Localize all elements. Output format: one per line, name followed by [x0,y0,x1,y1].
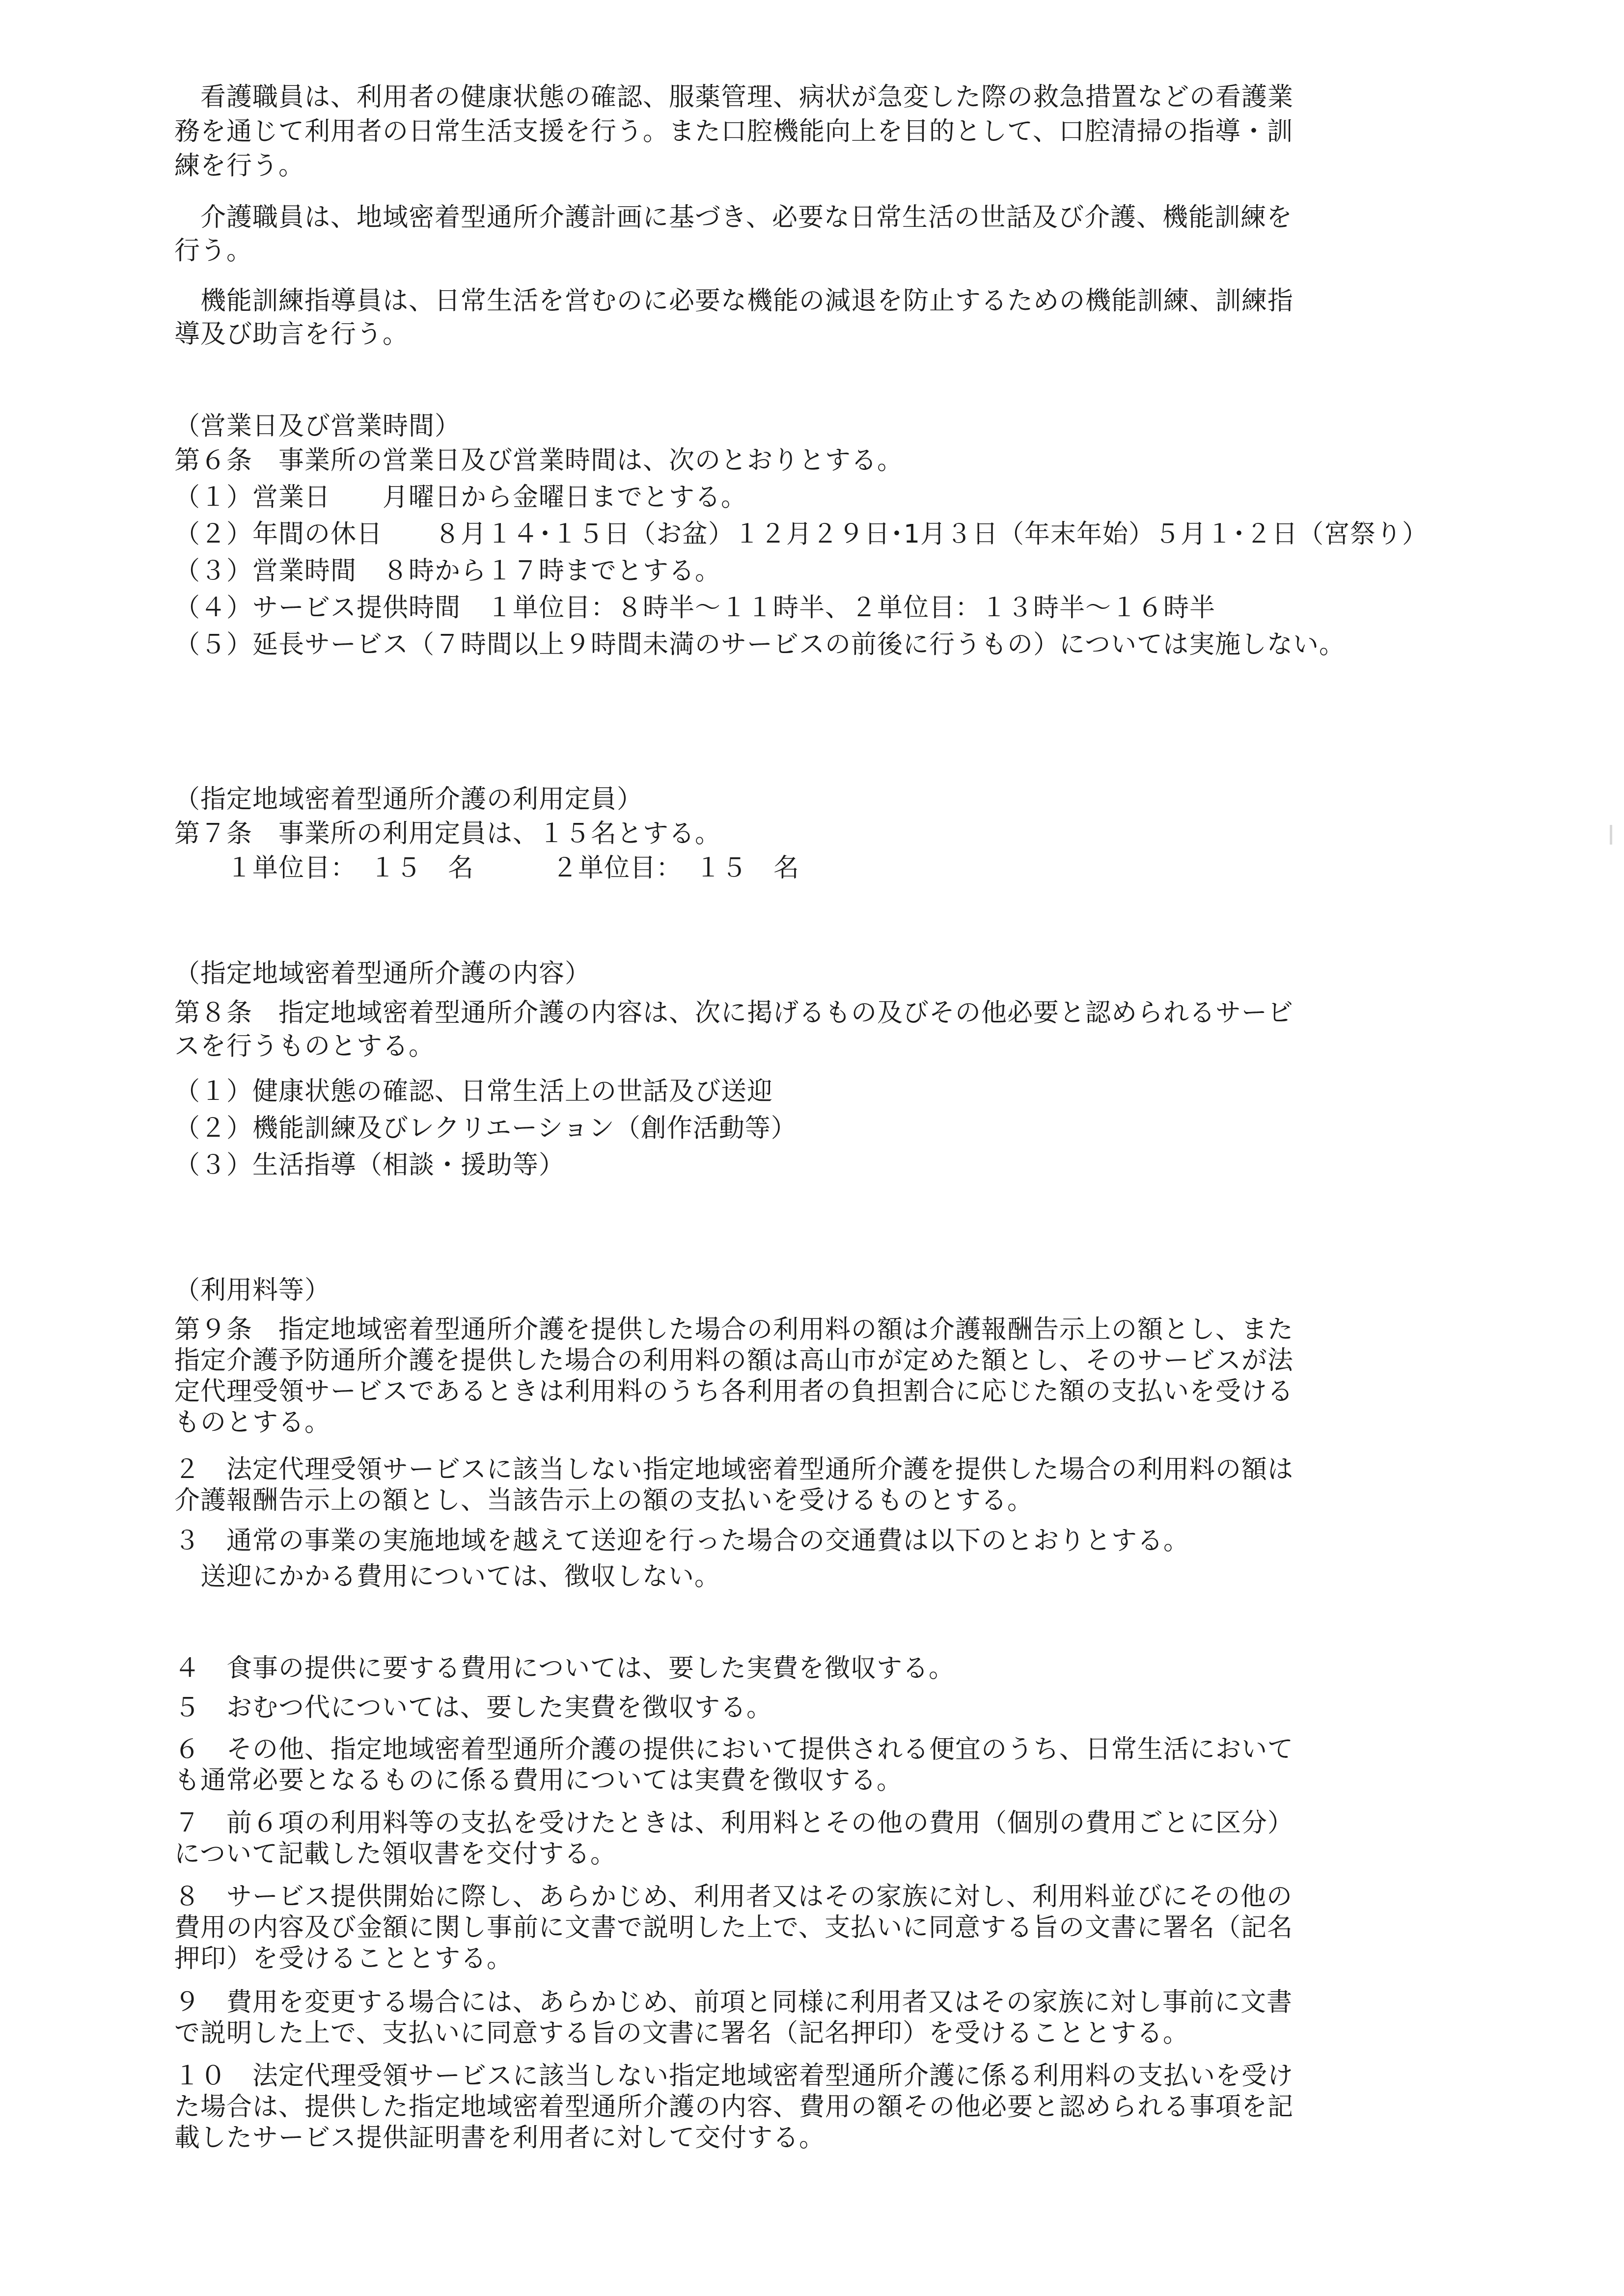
clause-8: ８ サービス提供開始に際し、あらかじめ、利用者又はその家族に対し、利用料並びにそ… [174,1881,1293,1913]
clause-10: た場合は、提供した指定地域密着型通所介護の内容、費用の額その他必要と認められる事… [174,2091,1294,2123]
article-heading: （利用料等） [174,1274,330,1307]
text-line: 看護職員は、利用者の健康状態の確認、服薬管理、病状が急変した際の救急措置などの看… [174,81,1294,113]
text-line: 機能訓練指導員は、日常生活を営むのに必要な機能の減退を防止するための機能訓練、訓… [174,285,1294,317]
list-item: （３）営業時間 ８時から１７時までとする。 [174,555,721,587]
text-line: 行う。 [174,235,252,267]
article-title: 第９条 指定地域密着型通所介護を提供した場合の利用料の額は介護報酬告示上の額とし… [174,1313,1294,1346]
clause-4: ４ 食事の提供に要する費用については、要した実費を徴収する。 [174,1652,955,1685]
clause-6: ６ その他、指定地域密着型通所介護の提供において提供される便宜のうち、日常生活に… [174,1733,1294,1766]
list-item: （２）年間の休日 ８月１４･１５日（お盆）１２月２９日･1月３日（年末年始）５月… [174,518,1428,550]
article-heading: （指定地域密着型通所介護の利用定員） [174,783,643,816]
scan-edge-mark [1610,825,1612,845]
article-title: 第７条 事業所の利用定員は、１５名とする。 [174,818,721,850]
article-heading: （指定地域密着型通所介護の内容） [174,957,591,990]
clause-7: について記載した領収書を交付する。 [174,1838,616,1870]
document-page: 看護職員は、利用者の健康状態の確認、服薬管理、病状が急変した際の救急措置などの看… [0,0,1624,2296]
clause-3: ３ 通常の事業の実施地域を越えて送迎を行った場合の交通費は以下のとおりとする。 [174,1525,1189,1557]
list-item: （１）健康状態の確認、日常生活上の世話及び送迎 [174,1075,773,1108]
clause-7: ７ 前６項の利用料等の支払を受けたときは、利用料とその他の費用（個別の費用ごとに… [174,1807,1294,1839]
clause-10: １０ 法定代理受領サービスに該当しない指定地域密着型通所介護に係る利用料の支払い… [174,2060,1294,2092]
text-line: 練を行う。 [174,150,304,182]
text-line: 導及び助言を行う。 [174,318,409,351]
article-title: スを行うものとする。 [174,1030,435,1063]
clause-8: 費用の内容及び金額に関し事前に文書で説明した上で、支払いに同意する旨の文書に署名… [174,1912,1293,1944]
clause-10: 載したサービス提供証明書を利用者に対して交付する。 [174,2122,825,2154]
list-item: （３）生活指導（相談・援助等） [174,1149,565,1181]
clause-6: も通常必要となるものに係る費用については実費を徴収する。 [174,1764,903,1797]
list-item: （１）営業日 月曜日から金曜日までとする。 [174,481,747,514]
article-heading: （営業日及び営業時間） [174,410,461,442]
list-item: （４）サービス提供時間 １単位目：８時半～１１時半、２単位目：１３時半～１６時半 [174,592,1215,624]
article-title: 定代理受領サービスであるときは利用料のうち各利用者の負担割合に応じた額の支払いを… [174,1375,1294,1408]
clause-5: ５ おむつ代については、要した実費を徴収する。 [174,1692,772,1724]
unit-capacity: １単位目： １５ 名 ２単位目： １５ 名 [174,852,799,884]
clause-2: 介護報酬告示上の額とし、当該告示上の額の支払いを受けるものとする。 [174,1484,1033,1517]
clause-9: で説明した上で、支払いに同意する旨の文書に署名（記名押印）を受けることとする。 [174,2017,1189,2050]
article-title: 第６条 事業所の営業日及び営業時間は、次のとおりとする。 [174,444,903,477]
text-line: 介護職員は、地域密着型通所介護計画に基づき、必要な日常生活の世話及び介護、機能訓… [174,201,1293,234]
article-title: 第８条 指定地域密着型通所介護の内容は、次に掲げるもの及びその他必要と認められる… [174,997,1294,1029]
clause-2: ２ 法定代理受領サービスに該当しない指定地域密着型通所介護を提供した場合の利用料… [174,1453,1294,1486]
clause-3: 送迎にかかる費用については、徴収しない。 [174,1560,720,1593]
clause-8: 押印）を受けることとする。 [174,1942,513,1975]
article-title: 指定介護予防通所介護を提供した場合の利用料の額は高山市が定めた額とし、そのサービ… [174,1344,1294,1377]
article-title: ものとする。 [174,1406,330,1439]
list-item: （２）機能訓練及びレクリエーション（創作活動等） [174,1112,797,1145]
text-line: 務を通じて利用者の日常生活支援を行う。また口腔機能向上を目的として、口腔清掃の指… [174,115,1293,148]
clause-9: ９ 費用を変更する場合には、あらかじめ、前項と同様に利用者又はその家族に対し事前… [174,1986,1293,2019]
list-item: （５）延長サービス（７時間以上９時間未満のサービスの前後に行うもの）については実… [174,629,1345,661]
